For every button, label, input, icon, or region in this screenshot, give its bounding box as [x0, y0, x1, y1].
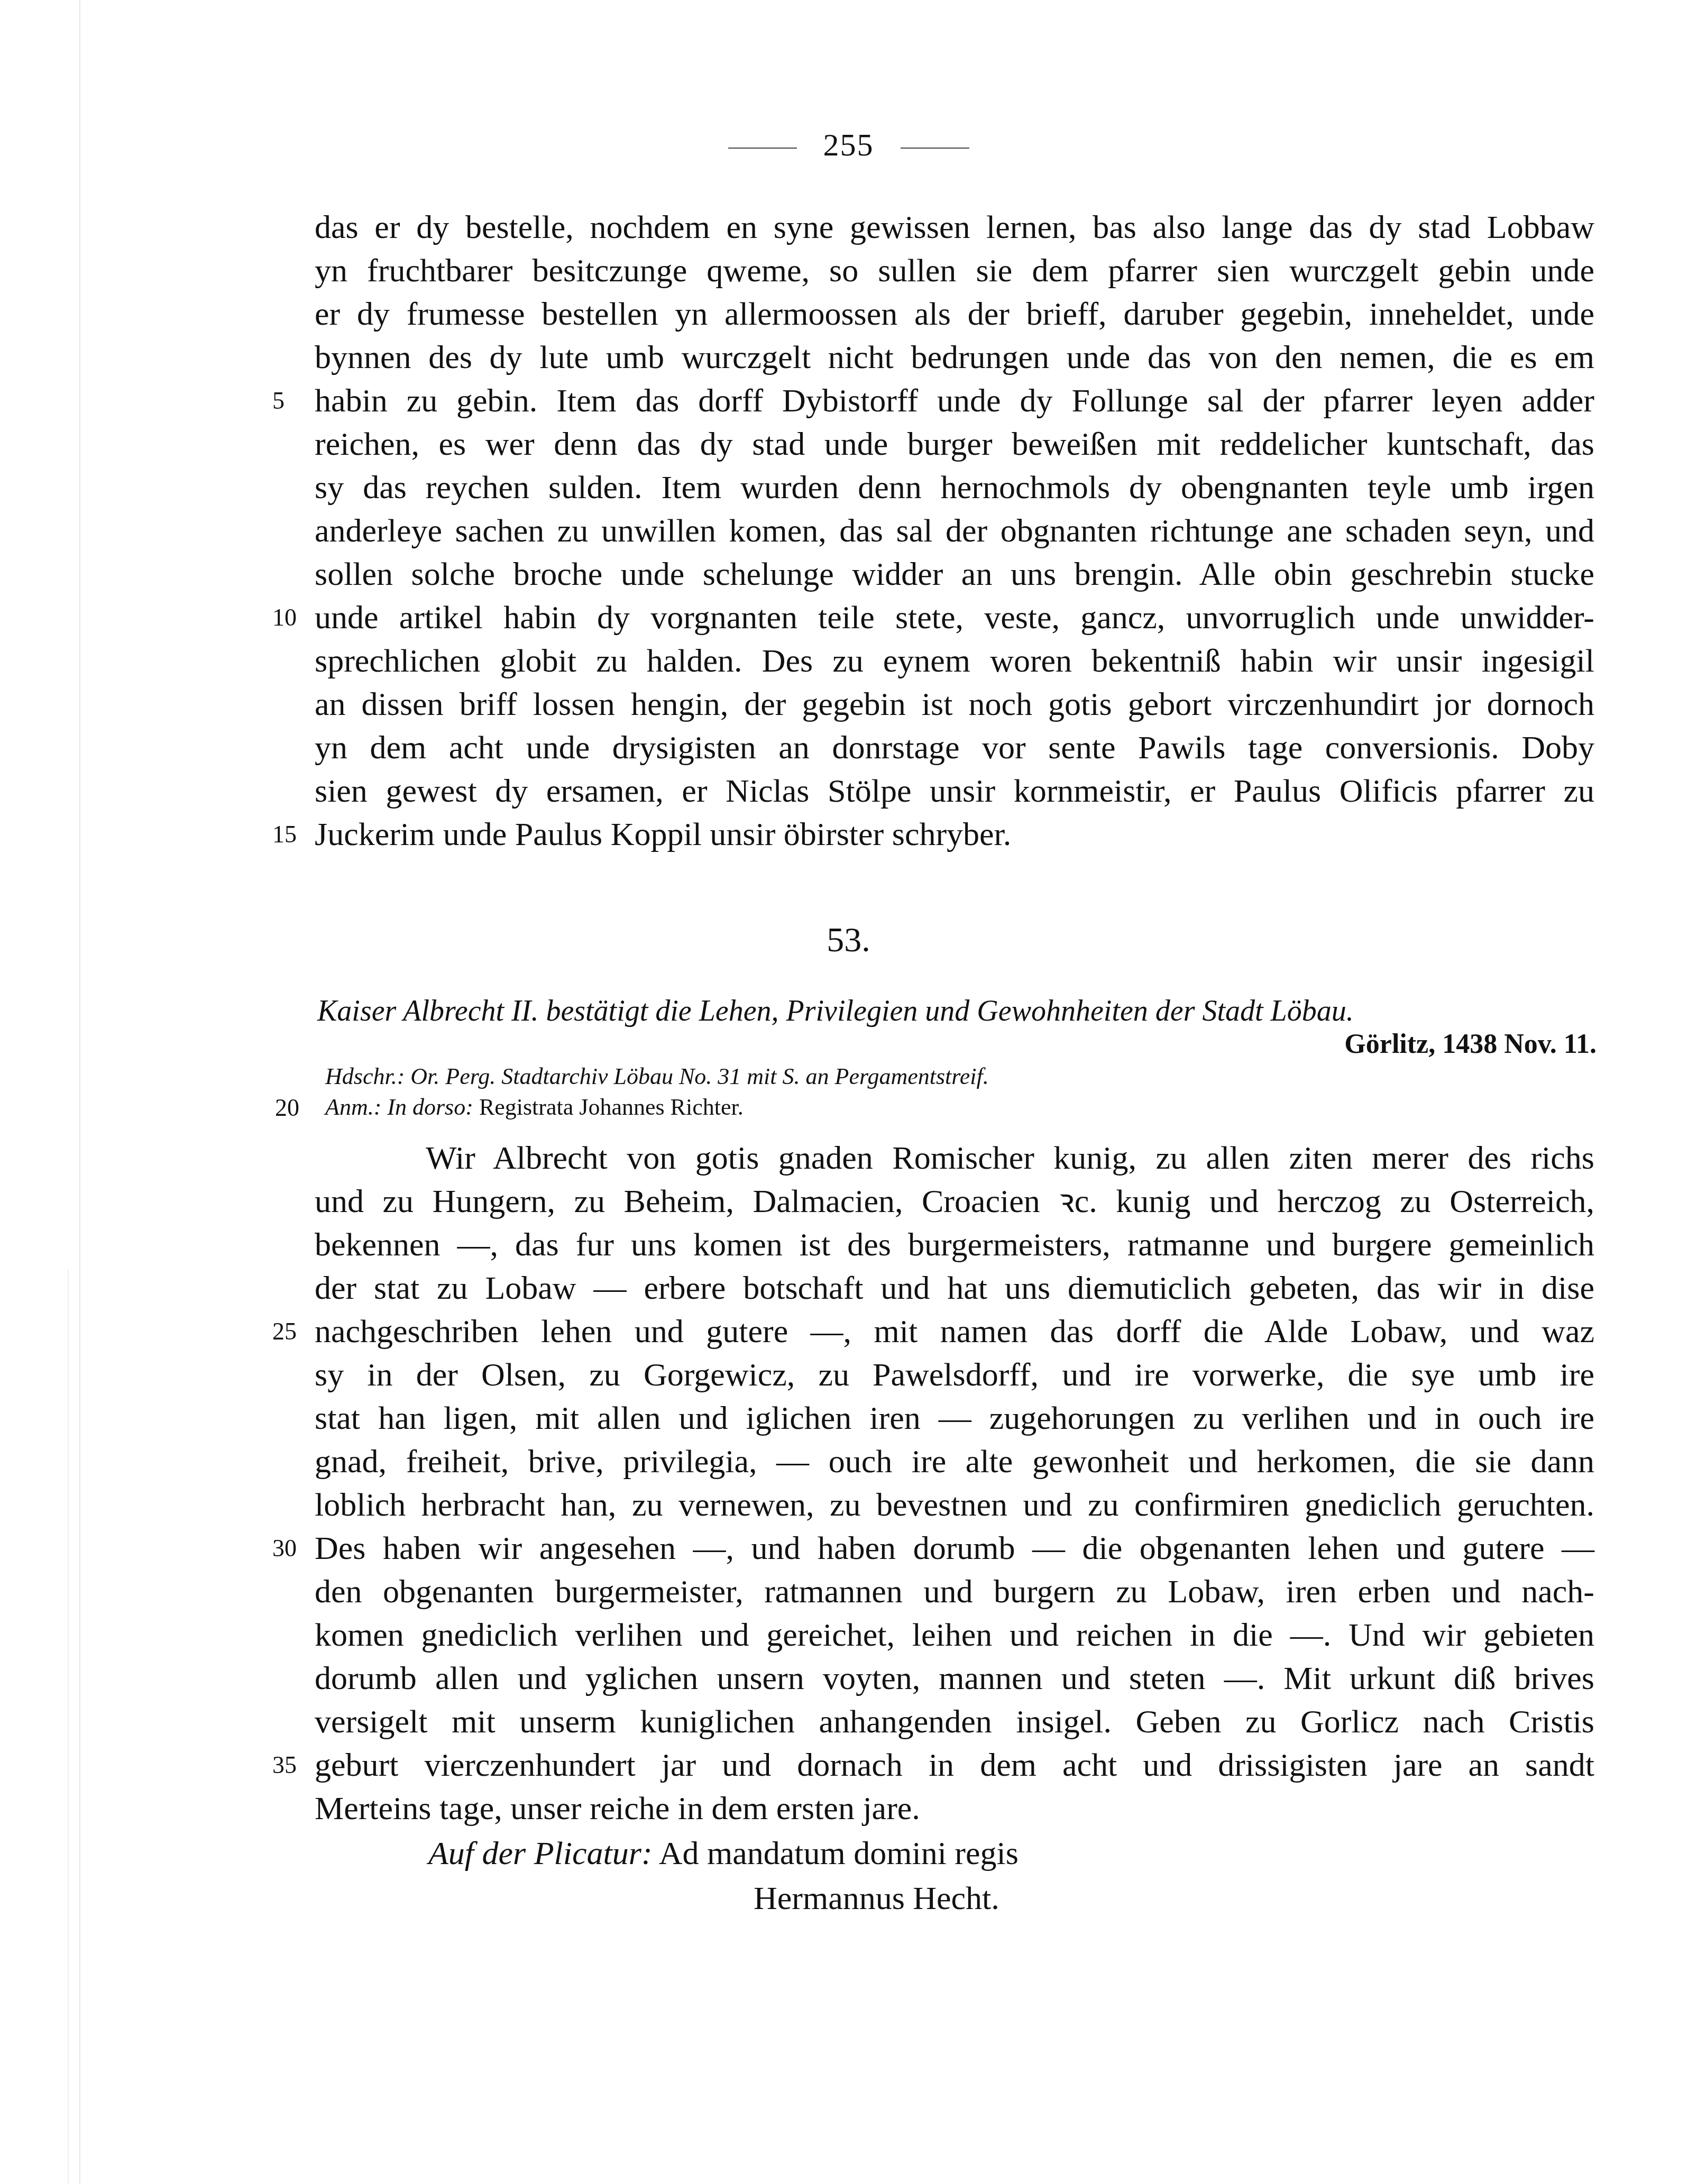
scan-edge-line	[79, 0, 80, 2184]
page-number: 255	[823, 127, 874, 162]
text-line: loblich herbracht han, zu vernewen, zu b…	[315, 1484, 1594, 1526]
note-label: Anm.:	[325, 1094, 381, 1120]
note-italic: In dorso:	[387, 1094, 473, 1120]
text-line: Des haben wir angesehen —, und haben dor…	[315, 1527, 1594, 1570]
page-header: 255	[0, 127, 1697, 163]
text-line: unde artikel habin dy vorgnanten teile s…	[315, 597, 1594, 639]
line-number: 15	[272, 813, 309, 856]
scan-edge-line	[68, 1269, 69, 2184]
text-line: anderleye sachen zu unwillen komen, das …	[315, 510, 1594, 552]
line-number: 5	[272, 380, 309, 422]
text-line: versigelt mit unserm kuniglichen anhange…	[315, 1701, 1594, 1743]
line-number: 20	[275, 1094, 299, 1122]
plicatur-text: Ad mandatum domini regis	[659, 1836, 1019, 1871]
text-line: den obgenanten burgermeister, ratmannen …	[315, 1571, 1594, 1613]
text-line: gnad, freiheit, brive, privilegia, — ouc…	[315, 1440, 1594, 1483]
text-line: yn fruchtbarer besitczunge qweme, so sul…	[315, 250, 1594, 292]
text-line: bekennen —, das fur uns komen ist des bu…	[315, 1224, 1594, 1266]
text-line: sollen solche broche unde schelunge widd…	[315, 553, 1594, 595]
source-note: Hdschr.: Or. Perg. Stadtarchiv Löbau No.…	[325, 1063, 989, 1090]
text-line: komen gnediclich verlihen und gereichet,…	[315, 1614, 1594, 1656]
text-line: sy das reychen sulden. Item wurden denn …	[315, 466, 1594, 509]
source-label: Hdschr.:	[325, 1063, 405, 1089]
line-number: 30	[272, 1527, 309, 1570]
signer-name: Hermannus Hecht.	[754, 1880, 999, 1917]
note-text: Registrata Johannes Richter.	[479, 1094, 744, 1120]
source-text: Or. Perg. Stadtarchiv Löbau No. 31 mit S…	[410, 1063, 988, 1089]
text-line: geburt vierczenhundert jar und dornach i…	[315, 1744, 1594, 1786]
text-line: sien gewest dy ersamen, er Niclas Stölpe…	[315, 770, 1594, 812]
plicatur-note: Auf der Plicatur: Ad mandatum domini reg…	[428, 1835, 1019, 1873]
line-number: 25	[272, 1310, 309, 1353]
document-number: 53.	[0, 920, 1697, 960]
text-line: nachgeschriben lehen und gutere —, mit n…	[315, 1310, 1594, 1353]
annotation-note: Anm.: In dorso: Registrata Johannes Rich…	[325, 1094, 744, 1121]
document-page: 255 das er dy bestelle, nochdem en syne …	[0, 0, 1697, 2184]
text-line: Merteins tage, unser reiche in dem erste…	[315, 1787, 1594, 1830]
text-line: er dy frumesse bestellen yn allermoossen…	[315, 293, 1594, 335]
text-line: dorumb allen und yglichen unsern voyten,…	[315, 1657, 1594, 1700]
line-number: 35	[272, 1744, 309, 1786]
text-line: der stat zu Lobaw — erbere botschaft und…	[315, 1267, 1594, 1309]
place-date: Görlitz, 1438 Nov. 11.	[1344, 1029, 1597, 1060]
text-line: das er dy bestelle, nochdem en syne gewi…	[315, 206, 1594, 249]
text-line: stat han ligen, mit allen und iglichen i…	[315, 1397, 1594, 1439]
text-line: habin zu gebin. Item das dorff Dybistorf…	[315, 380, 1594, 422]
header-rule-right	[901, 148, 969, 149]
header-rule-left	[728, 148, 797, 149]
text-line: sprechlichen globit zu halden. Des zu ey…	[315, 640, 1594, 682]
text-line: yn dem acht unde drysigisten an donrstag…	[315, 727, 1594, 769]
document-regest: Kaiser Albrecht II. bestätigt die Lehen,…	[317, 994, 1354, 1028]
text-line: Juckerim unde Paulus Koppil unsir öbirst…	[315, 813, 1594, 856]
text-line: an dissen briff lossen hengin, der gegeb…	[315, 683, 1594, 726]
line-number: 10	[272, 597, 309, 639]
text-line: reichen, es wer denn das dy stad unde bu…	[315, 423, 1594, 465]
plicatur-label: Auf der Plicatur:	[428, 1836, 653, 1871]
text-line: bynnen des dy lute umb wurczgelt nicht b…	[315, 336, 1594, 379]
text-line: sy in der Olsen, zu Gorgewicz, zu Pawels…	[315, 1354, 1594, 1396]
text-line: und zu Hungern, zu Beheim, Dalmacien, Cr…	[315, 1180, 1594, 1223]
text-line: Wir Albrecht von gotis gnaden Romischer …	[315, 1137, 1594, 1179]
